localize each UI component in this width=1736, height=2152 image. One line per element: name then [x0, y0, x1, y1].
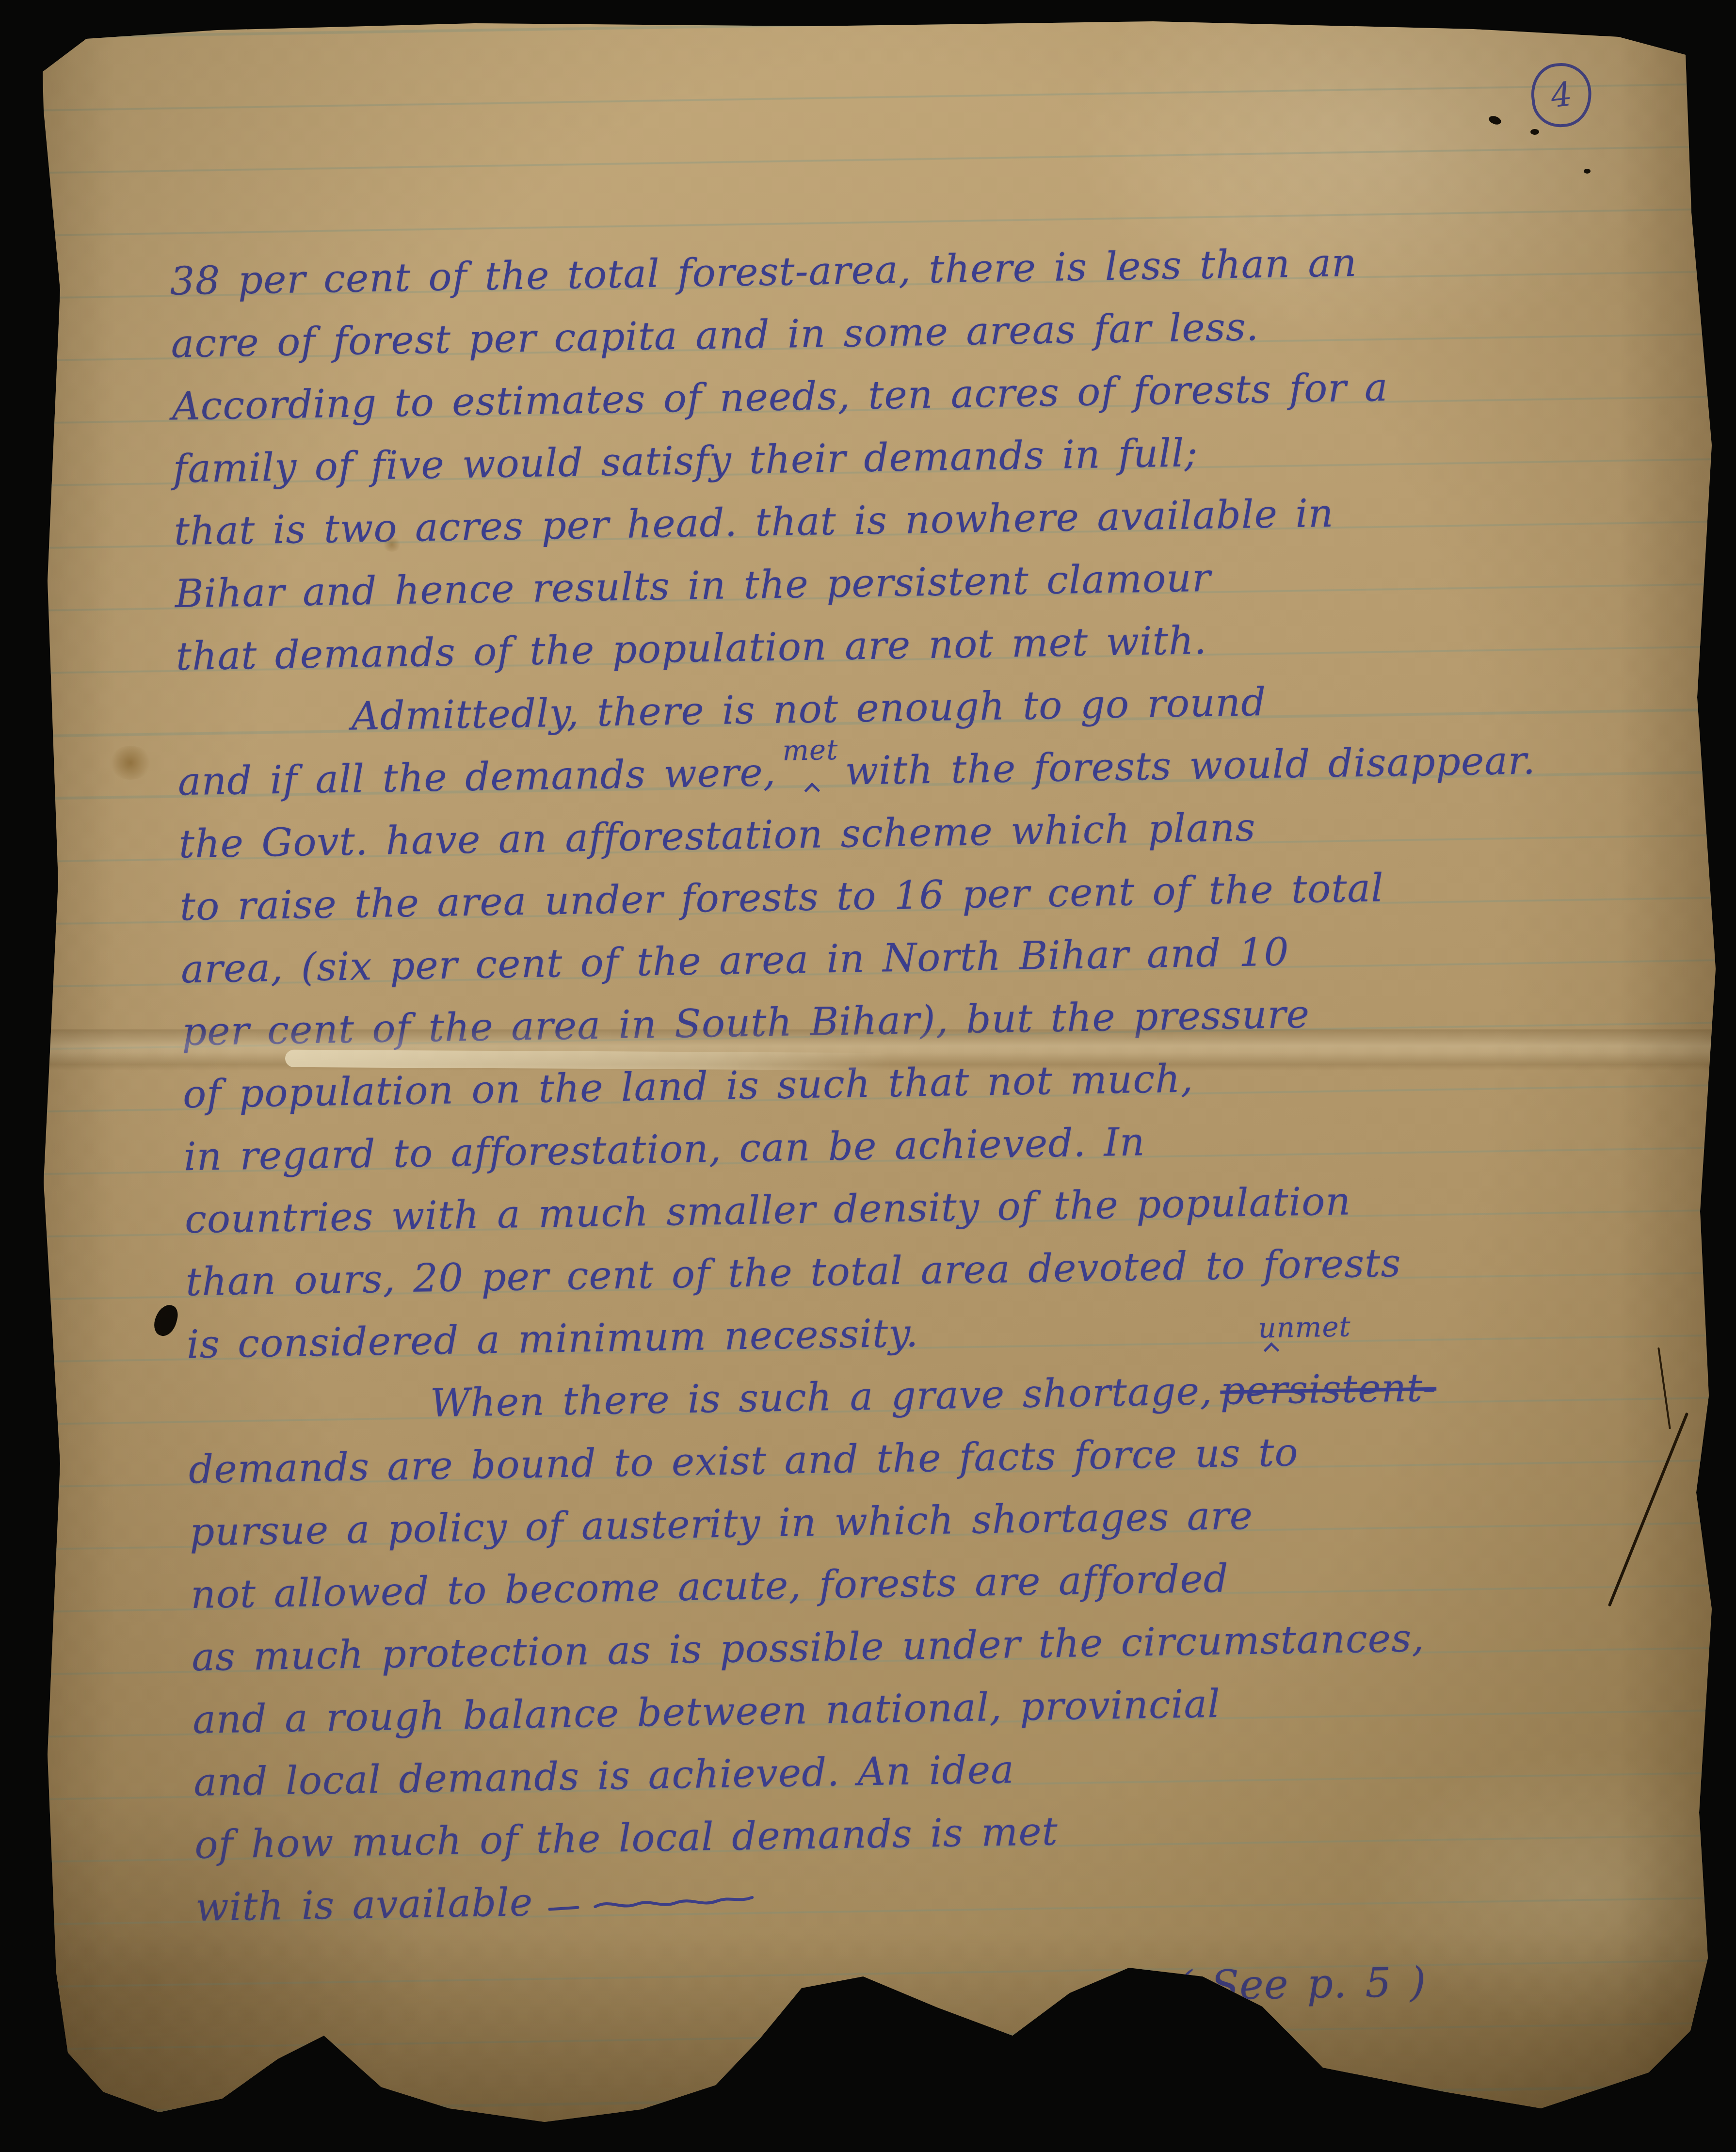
line-text: and local demands is achieved. An idea	[193, 1747, 1015, 1805]
line-text: that is two acres per head. that is nowh…	[174, 491, 1334, 554]
scanned-document: { "document": { "page_number": "4", "foo…	[0, 0, 1736, 2152]
line-text: to raise the area under forests to 16 pe…	[179, 865, 1384, 929]
line-text: countries with a much smaller density of…	[184, 1178, 1351, 1242]
line-text: and if all the demands were,	[177, 750, 776, 804]
paper-speck	[1530, 129, 1539, 135]
line-text: per cent of the area in South Bihar), bu…	[181, 992, 1310, 1055]
line-text: that demands of the population are not m…	[176, 618, 1207, 679]
line-text: as much protection as is possible under …	[192, 1615, 1425, 1680]
correction-group: persistent-unmet	[1220, 1356, 1437, 1422]
trailing-squiggle	[547, 1891, 755, 1915]
line-text: acre of forest per capita and in some ar…	[171, 304, 1259, 366]
paper-sheet: 38 per cent of the total forest-area, th…	[14, 9, 1722, 2146]
inserted-word: met	[782, 719, 838, 782]
handwriting-block: 38 per cent of the total forest-area, th…	[170, 227, 1653, 2038]
line-text: demands are bound to exist and the facts…	[188, 1429, 1299, 1492]
line-text: and a rough balance between national, pr…	[193, 1681, 1221, 1742]
line-text: not allowed to become acute, forests are…	[190, 1556, 1229, 1617]
line-text: 38 per cent of the total forest-area, th…	[170, 240, 1357, 304]
line-text: with is available	[195, 1879, 533, 1930]
inserted-word: unmet	[1258, 1313, 1351, 1342]
paper-speck	[1584, 169, 1591, 174]
struck-word: persistent-	[1220, 1365, 1437, 1413]
line-text: is considered a minimum necessity.	[186, 1310, 918, 1367]
torn-strip	[285, 1050, 891, 1071]
see-reference: ( See p. 5 )	[1176, 1942, 1652, 2022]
line-text: family of five would satisfy their deman…	[173, 430, 1198, 491]
line-text: in regard to afforestation, can be achie…	[183, 1119, 1145, 1179]
line-text: the Govt. have an afforestation scheme w…	[178, 804, 1256, 867]
line-text: of how much of the local demands is met	[194, 1809, 1059, 1867]
line-text: with the forests would disappear.	[845, 738, 1536, 793]
ink-stain	[382, 537, 402, 552]
line-text: Bihar and hence results in the persisten…	[175, 555, 1211, 617]
line-text: When there is such a grave shortage,	[430, 1368, 1213, 1426]
line-text: area, (six per cent of the area in North…	[180, 929, 1289, 992]
tilt-layer: 38 per cent of the total forest-area, th…	[10, 0, 1736, 2149]
ink-stain	[109, 746, 152, 780]
line-text: than ours, 20 per cent of the total area…	[185, 1240, 1401, 1304]
line-text: According to estimates of needs, ten acr…	[172, 365, 1388, 429]
page-number: 4	[1549, 75, 1575, 115]
line-text: pursue a policy of austerity in which sh…	[189, 1493, 1253, 1555]
